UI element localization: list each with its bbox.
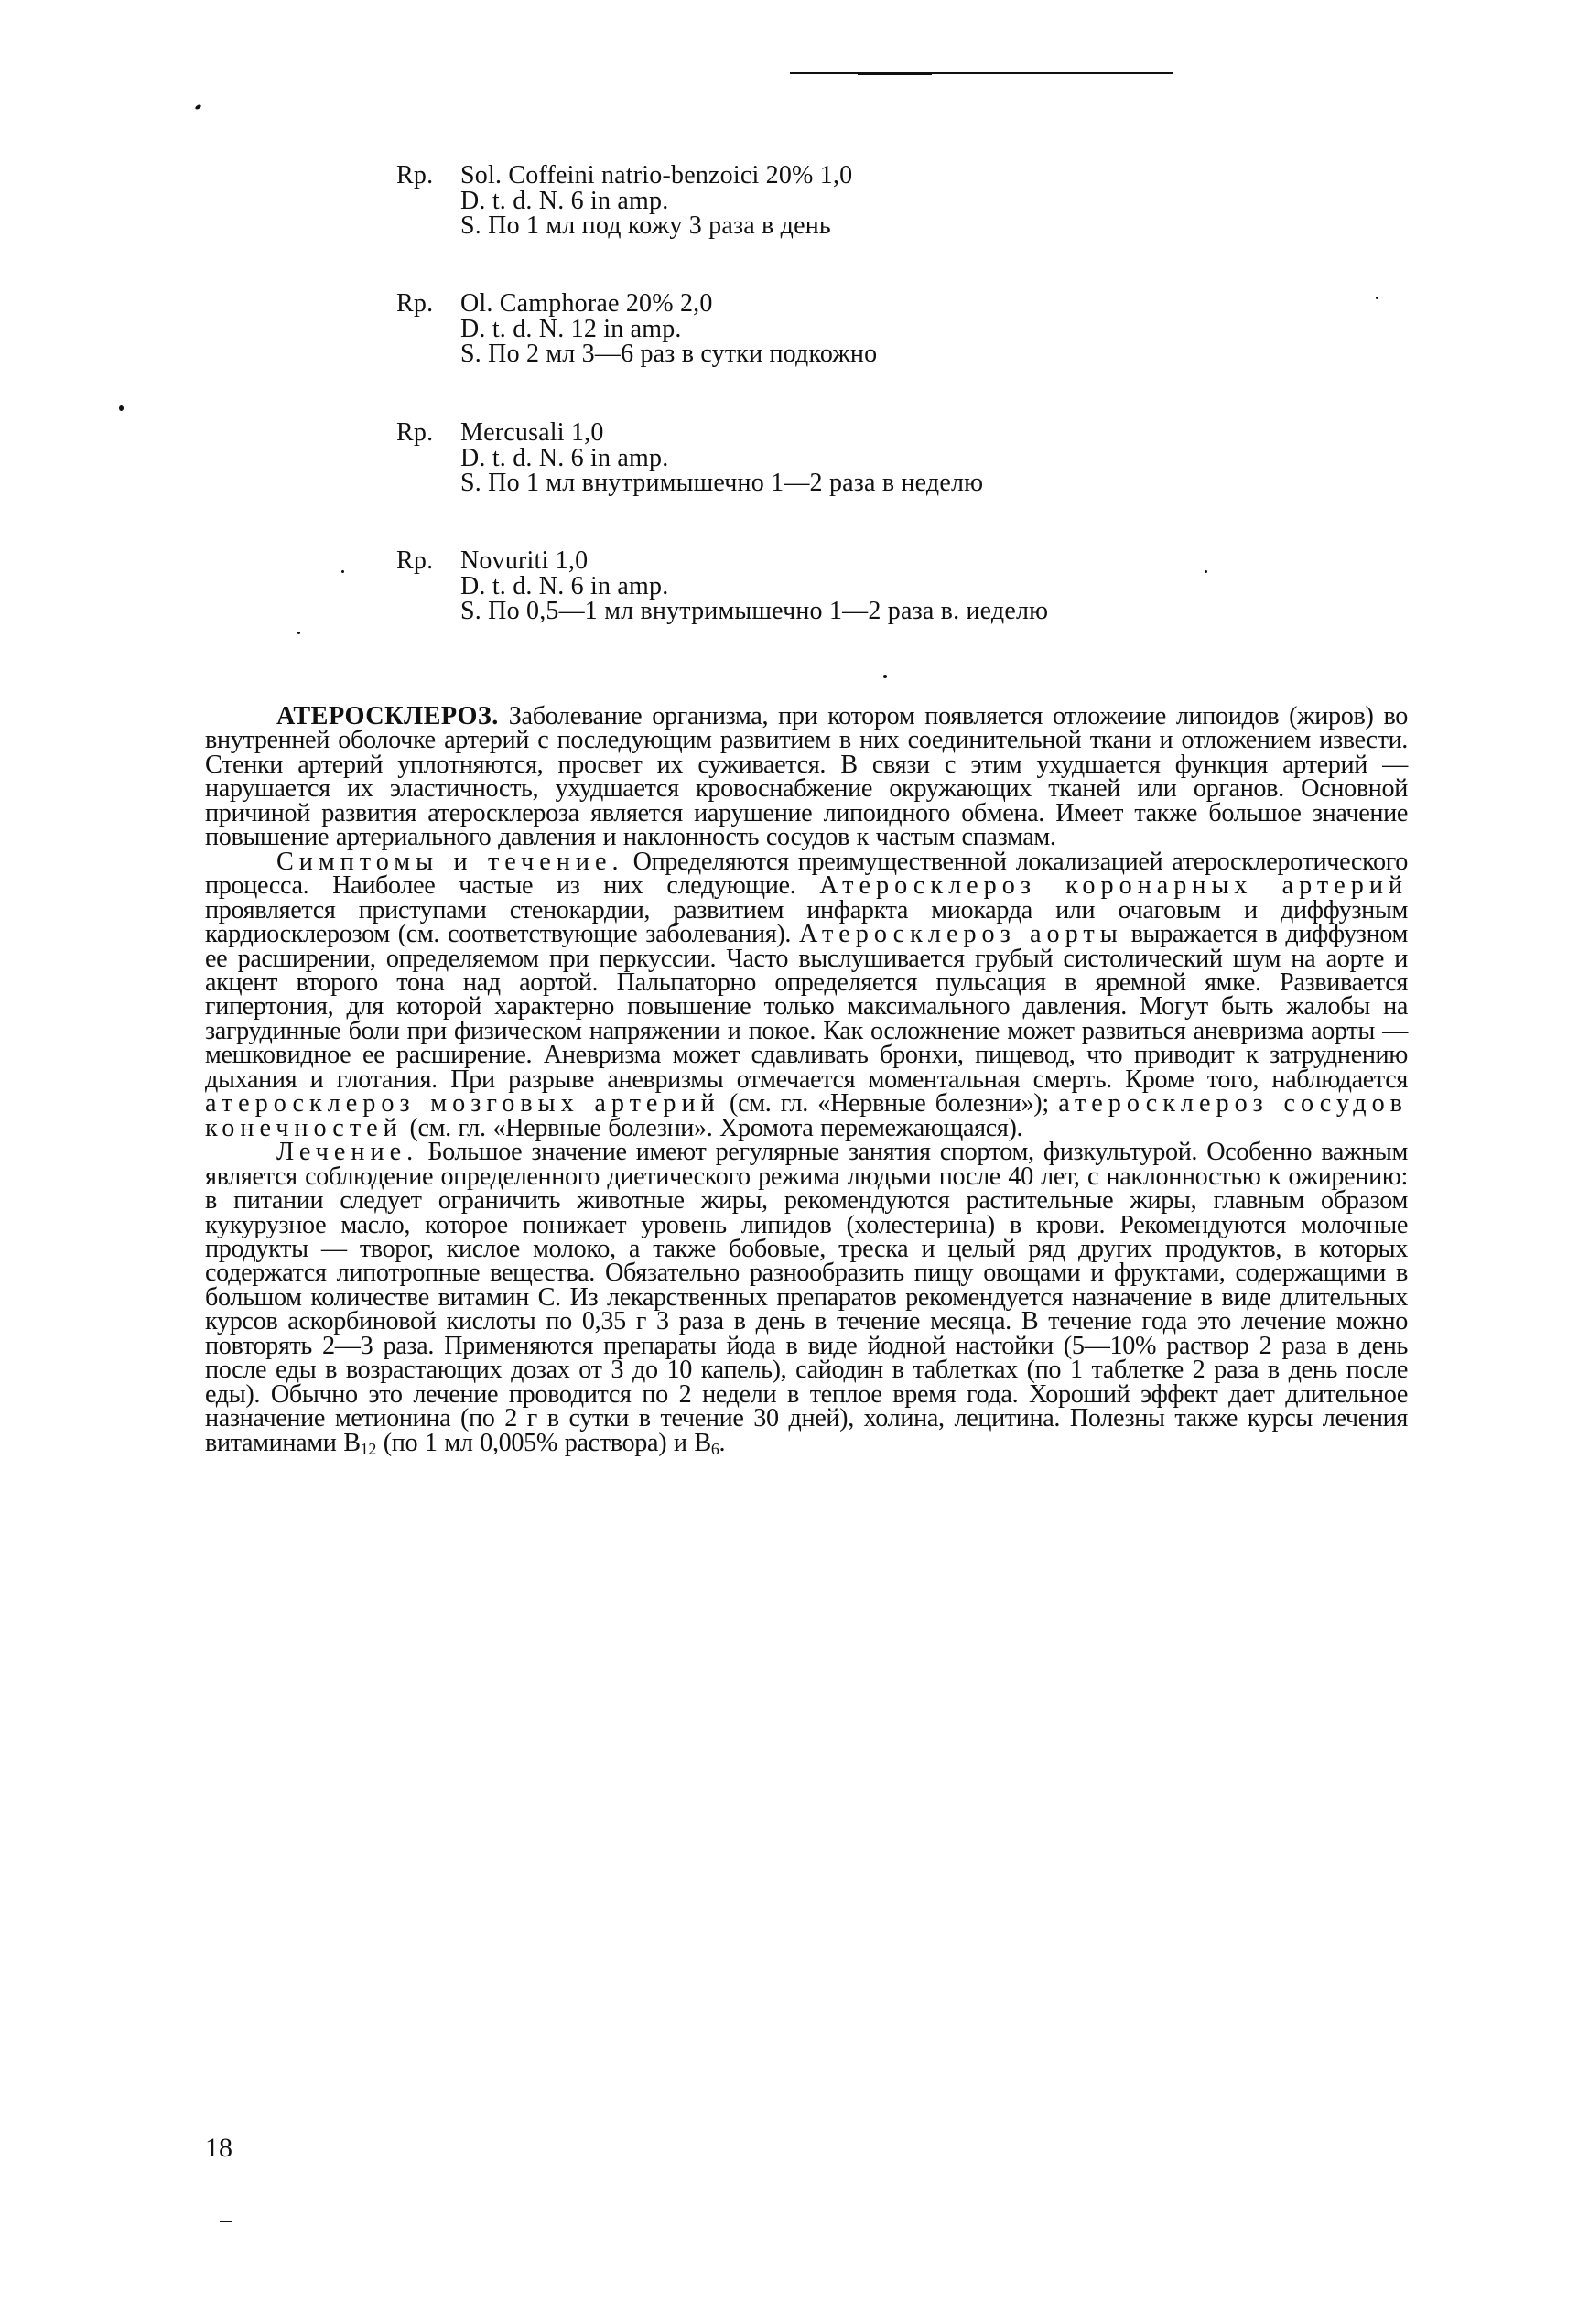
scan-speck	[883, 675, 887, 678]
rx-signa: S. По 0,5—1 мл внутримышечно 1—2 раза в.…	[396, 599, 1048, 624]
page-number: 18	[205, 2133, 232, 2164]
intro-paragraph: АТЕРОСКЛЕРОЗ. Заболевание организма, при…	[205, 705, 1408, 850]
rx-drug: Mercusali 1,0	[460, 418, 604, 447]
article-body: АТЕРОСКЛЕРОЗ. Заболевание организма, при…	[205, 705, 1408, 1455]
rx-signa: S. По 1 мл внутримышечно 1—2 раза в неде…	[396, 470, 983, 496]
prescription-2: Rp.Ol. Camphorae 20% 2,0 D. t. d. N. 12 …	[396, 291, 877, 367]
top-rule-accent	[858, 72, 932, 75]
symptoms-text: выражается в диффузном ее расширении, оп…	[205, 920, 1408, 1094]
vitamin-letter: B	[694, 1429, 710, 1457]
rx-dispense: D. t. d. N. 6 in amp.	[396, 189, 852, 214]
prescription-3: Rp.Mercusali 1,0 D. t. d. N. 6 in amp. S…	[396, 420, 983, 496]
scan-speck	[1376, 297, 1378, 299]
vitamin-subscript: 12	[361, 1440, 376, 1458]
rp-label: Rp.	[396, 548, 460, 574]
scan-speck	[341, 570, 344, 573]
rx-drug: Ol. Camphorae 20% 2,0	[460, 289, 713, 318]
vitamin-b6: B6	[694, 1429, 719, 1457]
rp-label: Rp.	[396, 291, 460, 317]
treatment-text: Большое значение имеют регулярные заняти…	[205, 1138, 1408, 1456]
sentence-end: .	[719, 1429, 725, 1457]
treatment-paragraph: Лечение. Большое значение имеют регулярн…	[205, 1140, 1408, 1455]
symptoms-paragraph: Симптомы и течение. Определяются преимущ…	[205, 850, 1408, 1140]
rx-signa: S. По 2 мл 3—6 раз в сутки подкожно	[396, 341, 877, 367]
prescription-4: Rp.Novuriti 1,0 D. t. d. N. 6 in amp. S.…	[396, 548, 1048, 624]
scan-speck	[194, 104, 201, 111]
scan-speck	[119, 405, 124, 411]
rx-dispense: D. t. d. N. 6 in amp.	[396, 574, 1048, 600]
scan-speck	[1205, 570, 1207, 573]
rx-drug: Sol. Coffeini natrio-benzoici 20% 1,0	[460, 161, 852, 189]
document-page: Rp.Sol. Coffeini natrio-benzoici 20% 1,0…	[0, 0, 1589, 2324]
rp-label: Rp.	[396, 420, 460, 446]
rx-signa: S. По 1 мл под кожу 3 раза в день	[396, 213, 852, 239]
top-rule	[790, 72, 1173, 74]
rx-drug: Novuriti 1,0	[460, 546, 588, 575]
rx-dispense: D. t. d. N. 6 in amp.	[396, 446, 983, 471]
vitamin-b12: B12	[343, 1429, 376, 1457]
vitamin-letter: B	[343, 1429, 360, 1457]
scan-speck	[297, 632, 300, 634]
rp-label: Rp.	[396, 163, 460, 189]
rx-dispense: D. t. d. N. 12 in amp.	[396, 317, 877, 342]
footer-mark	[220, 2221, 232, 2222]
treatment-text: (по 1 мл 0,005% раствора) и	[384, 1429, 687, 1457]
prescription-1: Rp.Sol. Coffeini natrio-benzoici 20% 1,0…	[396, 163, 852, 239]
